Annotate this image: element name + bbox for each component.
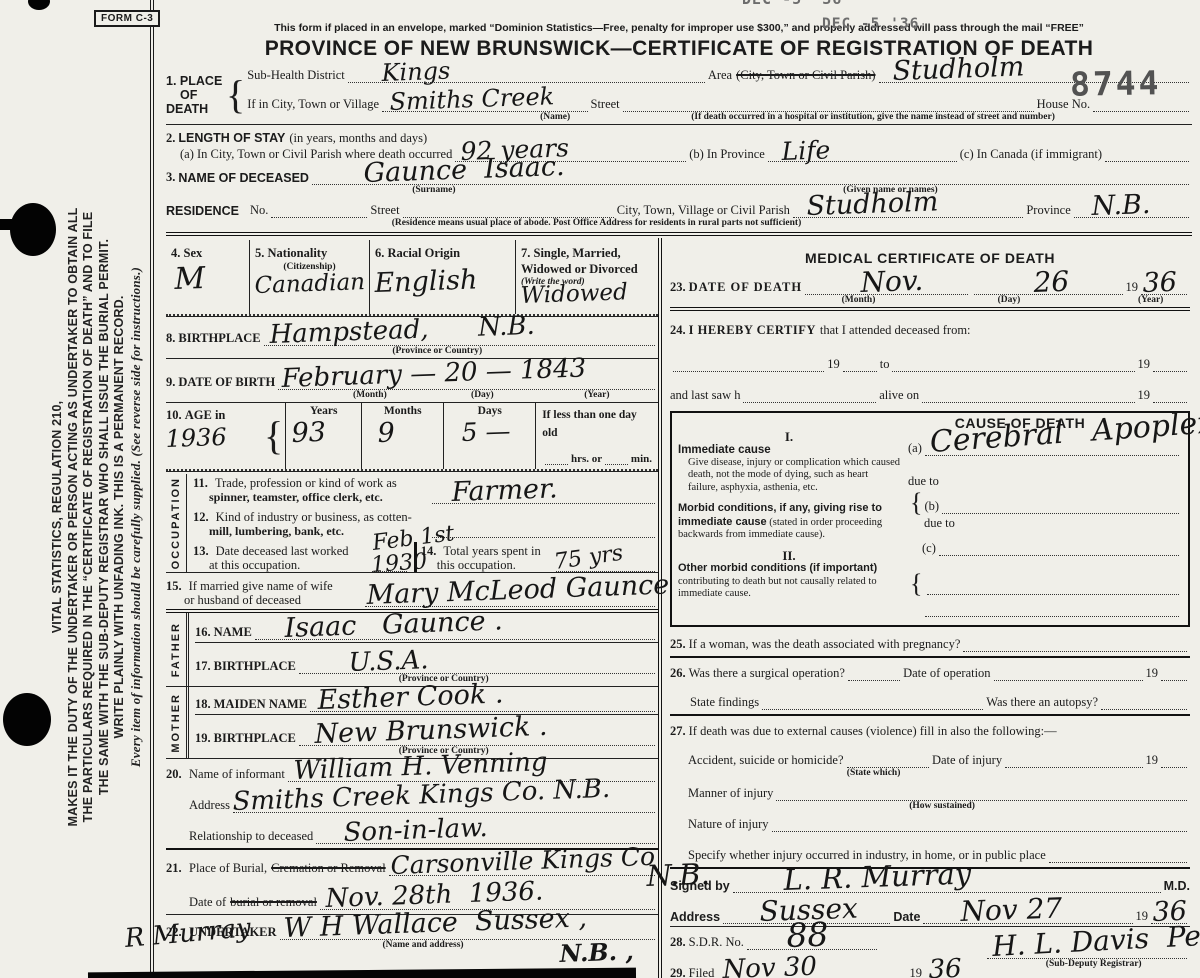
less-than-day-cell: If less than one day old hrs. or min.	[535, 403, 658, 469]
age-in-label: AGE in	[185, 408, 226, 422]
section-13-14-row: 13. Date deceased last worked at this oc…	[193, 542, 658, 572]
date-of-birth-label: DATE OF BIRTH	[178, 375, 275, 390]
roman-i: I.	[678, 431, 900, 444]
alive-on-label: alive on	[879, 388, 919, 403]
filed-year-line: 36	[925, 975, 967, 978]
section-number: 28.	[670, 935, 686, 950]
section-29-filed: 29. Filed Nov 30 19 36	[670, 966, 970, 978]
operation-date-label: Date of operation	[903, 666, 990, 681]
province-country-note: (Province or Country)	[392, 346, 482, 356]
burial-place-province: N.B.	[646, 860, 710, 891]
burial-place-line: Carsonville Kings Co N.B.	[389, 870, 655, 876]
section-3-name-of-deceased: 3. NAME OF DECEASED Gaunce Isaac.	[166, 170, 1192, 185]
other-morbid: contributing to death but not causally r…	[678, 576, 877, 600]
age-years-value: 93	[291, 418, 355, 447]
md-label: M.D.	[1164, 879, 1190, 893]
sex-value: M	[174, 263, 244, 295]
informant-address-label: Address	[189, 798, 230, 813]
place-of-death-label: 1. PLACE OF DEATH	[166, 74, 224, 116]
burial-place-value: Carsonville Kings Co	[390, 844, 655, 878]
due-to-label-2: due to	[908, 516, 1182, 531]
section-number: 12.	[193, 510, 209, 524]
age-years-cell: Years 93	[285, 403, 361, 469]
section-15-spouse: 15. If married give name of wife or husb…	[166, 579, 658, 607]
signed-by-line: L. R. Murray	[733, 887, 1161, 893]
hrs-line	[545, 459, 568, 465]
external-causes-lead: If death was due to external causes (vio…	[689, 724, 1057, 739]
cause-c-label: (c)	[922, 541, 936, 556]
residence-city-value: Studholm	[806, 188, 939, 220]
sub-health-district-value: Kings	[381, 59, 451, 85]
residence-street-label: Street	[370, 203, 399, 218]
residence-note: (Residence means usual place of abode. P…	[392, 218, 802, 228]
city-town-village-value: Smiths Creek	[389, 84, 554, 114]
manner-label: Manner of injury	[688, 786, 773, 801]
father-name-value: Isaac Gaunce .	[284, 607, 503, 642]
left-column: 4. Sex M 5. Nationality (Citizenship) Ca…	[166, 238, 658, 978]
physician-address-label: Address	[670, 910, 720, 924]
occupation-block: OCCUPATION 11. Trade, profession or kind…	[166, 474, 658, 573]
section-20-informant: 20. Name of informant William H. Venning…	[166, 767, 658, 850]
heavy-separator	[670, 656, 1190, 658]
nationality-value: Canadian	[254, 271, 364, 298]
last-saw-label: and last saw h	[670, 388, 740, 403]
section-26-operation: 26. Was there a surgical operation? Date…	[670, 666, 1190, 716]
year-note: (Year)	[1138, 295, 1163, 305]
year-19: 19	[827, 357, 840, 372]
name-address-note: (Name and address)	[382, 940, 463, 950]
signature-date-line: Nov 27	[923, 918, 1132, 924]
mother-block: MOTHER 18. MAIDEN NAME Esther Cook . 1	[166, 687, 658, 759]
min-label: min.	[631, 453, 652, 465]
roman-ii: II.	[678, 550, 900, 563]
days-header: Days	[450, 405, 529, 417]
how-sustained-note: (How sustained)	[909, 801, 975, 811]
attended-from-line	[673, 366, 824, 372]
cause-of-death-box: CAUSE OF DEATH I. Immediate cause Give d…	[670, 411, 1190, 627]
specify-line	[1049, 857, 1187, 863]
cause-c-line	[939, 550, 1179, 556]
birthplace-label: BIRTHPLACE	[178, 331, 260, 346]
trade-line: Farmer.	[432, 498, 655, 504]
year-19: 19	[1138, 388, 1151, 403]
signature-date-value: Nov 27	[960, 894, 1063, 926]
day-note: (Day)	[998, 295, 1021, 305]
residence-province-value: N.B.	[1091, 191, 1151, 220]
ink-blob-lower	[3, 693, 51, 746]
informant-address-line: Smiths Creek Kings Co. N.B.	[233, 807, 655, 813]
filed-value: Nov 30	[722, 953, 817, 978]
other-morbid-line-1	[927, 589, 1179, 595]
death-certificate-scan: FORM C-3 VITAL STATISTICS, REGULATION 21…	[0, 0, 1200, 978]
brace-glyph: {	[910, 574, 922, 595]
margin-line-6: Every item of information should be care…	[128, 82, 144, 952]
sex-label: Sex	[184, 246, 203, 260]
total-years-label-1: Total years spent in	[443, 544, 540, 558]
section-number: 21.	[166, 861, 186, 876]
stay-canada-line	[1105, 156, 1189, 162]
last-worked-value-2: 1930	[370, 551, 427, 577]
father-band-label: FATHER	[166, 613, 189, 686]
section-number: 7.	[521, 246, 530, 260]
date-of-death-label: DATE OF DEATH	[689, 280, 802, 295]
burial-place-label: Place of Burial,	[189, 861, 267, 876]
racial-origin-label: Racial Origin	[388, 246, 461, 260]
racial-origin-cell: 6. Racial Origin English	[370, 240, 516, 314]
separator	[166, 124, 1192, 125]
year-19: 19	[1138, 357, 1151, 372]
father-name-line: Isaac Gaunce .	[255, 634, 655, 640]
attended-to-line	[892, 366, 1134, 372]
stay-province-line: Life	[768, 156, 957, 162]
area-paren-label: (City, Town or Civil Parish)	[736, 68, 875, 83]
thick-separator	[166, 232, 1192, 236]
father-name-label: NAME	[214, 625, 252, 640]
section-24-certify: 24. I HEREBY CERTIFY that I attended dec…	[670, 321, 1190, 339]
section-number: 6.	[375, 246, 384, 260]
name-note: (Name)	[540, 112, 570, 122]
section-number: 13.	[193, 544, 209, 558]
spouse-line: Mary McLeod Gaunce	[365, 601, 655, 607]
section-28-sdr: 28. S.D.R. No. 88	[670, 935, 970, 950]
last-worked-label-1: Date deceased last worked	[216, 544, 349, 558]
sdr-no-value: 88	[786, 917, 829, 951]
section-number: 2.	[166, 131, 175, 146]
section-number: 1.	[166, 74, 176, 88]
date-stamp: DEC -5 '36	[822, 16, 919, 32]
length-of-stay-paren: (in years, months and days)	[289, 131, 427, 146]
industry-label-1: Kind of industry or business, as cotten-	[216, 510, 412, 524]
spouse-label-1: If married give name of wife	[189, 579, 333, 593]
stay-province-label: (b) In Province	[689, 147, 765, 162]
age-months-value: 9	[377, 418, 437, 447]
ink-blob-upper	[10, 203, 56, 256]
immediate-cause-label: Immediate cause	[678, 444, 900, 456]
section-number: 18.	[195, 697, 211, 712]
residence-row: RESIDENCE No. Street City, Town, Village…	[166, 203, 1192, 218]
margin-line-4: THE SAME WITH THE SUB-DEPUTY REGISTRAR W…	[97, 82, 113, 952]
certify-label-2: that I attended deceased from:	[820, 323, 971, 338]
brace-glyph: {	[226, 79, 245, 111]
section-number: 5.	[255, 246, 264, 260]
year-19: 19	[1146, 666, 1159, 681]
father-block: FATHER 16. NAME Isaac Gaunce . 17.	[166, 613, 658, 687]
section-17-father-birthplace: 17. BIRTHPLACE U.S.A.	[195, 659, 658, 674]
pregnancy-line	[963, 646, 1187, 652]
age-months-cell: Months 9	[361, 403, 443, 469]
injury-date-label: Date of injury	[932, 753, 1002, 768]
mother-vertical-text: MOTHER	[170, 693, 182, 753]
undertaker-province: N.B. ,	[559, 939, 634, 966]
thick-separator	[670, 307, 1190, 311]
sdr-no-line: 88	[747, 944, 877, 950]
margin-line-1: VITAL STATISTICS, REGULATION 210,	[50, 82, 66, 952]
trade-label-1: Trade, profession or kind of work as	[215, 476, 397, 490]
spouse-label-2: or husband of deceased	[166, 593, 301, 607]
less-than-day-label: If less than one day old	[542, 409, 637, 439]
section-number: 29.	[670, 966, 686, 978]
street-label: Street	[591, 97, 620, 112]
cause-entries: (a) Cerebral Apoplexy due to { (b)	[900, 431, 1182, 617]
marital-label-1: Single, Married,	[534, 246, 621, 260]
marital-value: Widowed	[520, 280, 653, 308]
months-header: Months	[368, 405, 437, 417]
state-findings-label: State findings	[690, 695, 759, 710]
year-19: 19	[1146, 753, 1159, 768]
other-morbid-line-2	[925, 611, 1179, 617]
section-1-place-of-death: 1. PLACE OF DEATH { Sub-Health District …	[166, 65, 1192, 124]
surname-note: (Surname)	[412, 185, 455, 195]
operation-year-line	[1161, 675, 1187, 681]
section-number: 24.	[670, 323, 686, 338]
date-of-birth-value: February — 20 — 1843	[281, 355, 586, 392]
marital-status-cell: 7. Single, Married, Widowed or Divorced …	[516, 240, 658, 314]
brace-glyph: {	[264, 420, 283, 452]
burial-date-strike: burial or removal	[230, 895, 317, 910]
name-of-deceased-value: Gaunce Isaac.	[363, 153, 565, 187]
accident-label: Accident, suicide or homicide?	[688, 753, 844, 768]
area-label: Area	[708, 68, 732, 83]
operation-date-line	[994, 675, 1143, 681]
section-27-external-causes: 27. If death was due to external causes …	[670, 724, 1190, 869]
cause-instructions: I. Immediate cause Give disease, injury …	[678, 431, 900, 617]
filed-year-value: 36	[928, 955, 962, 978]
section-number: 3.	[166, 170, 175, 185]
age-days-cell: Days 5 —	[443, 403, 535, 469]
form-title: PROVINCE OF NEW BRUNSWICK—CERTIFICATE OF…	[166, 37, 1192, 61]
envelope-note: This form if placed in an envelope, mark…	[166, 22, 1192, 34]
death-year-value: 36	[1142, 269, 1177, 297]
margin-line-2: MAKES IT THE DUTY OF THE UNDERTAKER OR P…	[66, 82, 82, 952]
section-number: 23.	[670, 280, 686, 295]
year-note: (Year)	[584, 390, 609, 400]
section-number: 25.	[670, 637, 686, 652]
year-19-prefix: 19	[1126, 280, 1139, 295]
death-day-value: 26	[1033, 268, 1070, 297]
section-2-length-of-stay: 2. LENGTH OF STAY (in years, months and …	[166, 129, 1192, 147]
section-number: 26.	[670, 666, 686, 681]
last-worked-line: Feb 1st 1930	[372, 566, 407, 572]
filed-label: Filed	[689, 966, 715, 978]
age-days-value: 5 —	[461, 418, 529, 445]
month-note: (Month)	[842, 295, 876, 305]
medical-certificate-title: MEDICAL CERTIFICATE OF DEATH	[670, 250, 1190, 266]
sub-deputy-registrar-note: (Sub-Deputy Registrar)	[1046, 959, 1142, 969]
mother-band-label: MOTHER	[166, 687, 189, 758]
section-23-date-of-death: 23. DATE OF DEATH Nov. 26 19 36	[670, 280, 1190, 295]
name-of-deceased-label: NAME OF DECEASED	[178, 171, 309, 185]
section-16-father-name: 16. NAME Isaac Gaunce .	[195, 625, 658, 640]
section-9-date-of-birth: 9. DATE OF BIRTH February — 20 — 1843	[166, 375, 658, 390]
sex-cell: 4. Sex M	[166, 240, 250, 314]
residence-no-label: No.	[250, 203, 268, 218]
section-number: 19.	[195, 731, 211, 746]
state-findings-line	[762, 704, 983, 710]
maiden-name-line: Esther Cook .	[310, 706, 655, 712]
spouse-value: Mary McLeod Gaunce	[366, 571, 670, 609]
length-of-stay-label: LENGTH OF STAY	[178, 131, 285, 145]
section-number: 20.	[166, 767, 186, 782]
min-line	[605, 459, 628, 465]
trade-value: Farmer.	[451, 475, 558, 506]
date-stamp-top: DEC -5 '36	[742, 0, 842, 8]
section-number: 17.	[195, 659, 211, 674]
trade-label-2: spinner, teamster, office clerk, etc.	[193, 490, 383, 504]
section-19-mother-birthplace: 19. BIRTHPLACE New Brunswick .	[195, 731, 658, 746]
relationship-label: Relationship to deceased	[189, 829, 313, 844]
pregnancy-label: If a woman, was the death associated wit…	[689, 637, 961, 652]
father-birthplace-label: BIRTHPLACE	[214, 659, 296, 674]
residence-province-label: Province	[1026, 203, 1070, 218]
mother-birthplace-value: New Brunswick .	[314, 713, 548, 748]
racial-origin-value: English	[374, 265, 510, 297]
residence-city-label: City, Town, Village or Civil Parish	[617, 203, 790, 218]
father-birthplace-value: U.S.A.	[348, 647, 429, 676]
alive-year-line	[1153, 397, 1187, 403]
to-label: to	[880, 357, 890, 372]
section-number: 27.	[670, 724, 686, 739]
filing-block: 28. S.D.R. No. 88 29. Filed Nov 30	[670, 927, 1190, 978]
age-year-value: 1936	[165, 424, 262, 451]
margin-line-3: THE PARTICULARS REQUIRED IN THE “CERTIFI…	[81, 82, 97, 952]
section-18-maiden-name: 18. MAIDEN NAME Esther Cook .	[195, 697, 658, 712]
nature-line	[772, 826, 1187, 832]
stay-province-value: Life	[781, 137, 830, 164]
demographics-row: 4. Sex M 5. Nationality (Citizenship) Ca…	[166, 240, 658, 316]
immediate-cause-body: Give disease, injury or complication whi…	[688, 457, 900, 495]
section-8-birthplace: 8. BIRTHPLACE Hampstead, N.B.	[166, 331, 658, 346]
label-of: OF	[166, 88, 197, 102]
birthplace-value: Hampstead, N.B.	[269, 313, 535, 348]
nationality-cell: 5. Nationality (Citizenship) Canadian	[250, 240, 370, 314]
cause-b-line	[942, 508, 1179, 514]
occupation-band-label: OCCUPATION	[166, 474, 187, 572]
burial-place-strike: Cremation or Removal	[271, 861, 386, 876]
nationality-label: Nationality	[268, 246, 328, 260]
section-25-pregnancy: 25. If a woman, was the death associated…	[670, 637, 1190, 652]
hospital-note: (If death occurred in a hospital or inst…	[691, 112, 1055, 122]
cause-b-label: (b)	[924, 499, 939, 514]
nature-label: Nature of injury	[688, 817, 769, 832]
sdr-no-label: S.D.R. No.	[689, 935, 744, 950]
section-number: 11.	[193, 476, 208, 490]
separator	[166, 471, 658, 472]
maiden-name-label: MAIDEN NAME	[214, 697, 307, 712]
section-number: 9.	[166, 375, 175, 390]
registration-number-stamp: 8744	[1070, 63, 1162, 104]
maiden-name-value: Esther Cook .	[317, 681, 504, 714]
residence-label: RESIDENCE	[166, 204, 250, 218]
sub-health-district-line: Kings	[348, 77, 705, 83]
other-morbid-bold: Other morbid conditions (if important)	[678, 562, 877, 574]
separator	[195, 642, 658, 643]
years-header: Years	[292, 405, 355, 417]
autopsy-label: Was there an autopsy?	[986, 695, 1098, 710]
ink-blob-top	[28, 0, 50, 10]
informant-label: Name of informant	[189, 767, 285, 782]
form-body: This form if placed in an envelope, mark…	[150, 0, 1196, 974]
right-column: MEDICAL CERTIFICATE OF DEATH 23. DATE OF…	[658, 238, 1192, 978]
marital-label-2: Widowed or Divorced	[521, 262, 653, 277]
physician-signature-block: Signed by L. R. Murray M.D. Address Suss…	[670, 879, 1190, 927]
alive-on-line	[922, 397, 1134, 403]
operation-label: Was there a surgical operation?	[689, 666, 845, 681]
section-number: 15.	[166, 579, 182, 593]
certify-label: I HEREBY CERTIFY	[689, 323, 816, 338]
year-19: 19	[910, 966, 923, 978]
operation-line	[848, 675, 900, 681]
last-worked-label-2: at this occupation.	[193, 558, 300, 572]
filed-line: Nov 30	[717, 975, 906, 978]
father-vertical-text: FATHER	[170, 622, 182, 677]
state-which-note: (State which)	[847, 768, 901, 778]
form-number: FORM C-3	[94, 10, 160, 27]
margin-instructions: VITAL STATISTICS, REGULATION 210, MAKES …	[50, 82, 143, 952]
month-note: (Month)	[353, 390, 387, 400]
signature-date-label: Date	[893, 910, 920, 924]
due-to-label-1: due to	[908, 474, 1182, 489]
industry-label-2: mill, lumbering, bank, etc.	[193, 524, 344, 538]
hrs-label: hrs. or	[571, 453, 602, 465]
section-number: 8.	[166, 331, 175, 346]
brace-glyph: {	[910, 493, 922, 514]
attended-to-year-line	[1153, 366, 1187, 372]
death-month-value: Nov.	[860, 267, 924, 297]
section-number: 4.	[171, 246, 180, 260]
section-number: 16.	[195, 625, 211, 640]
burial-date-label: Date of	[189, 895, 226, 910]
total-years-label-2: this occupation.	[421, 558, 516, 572]
label-death: DEATH	[166, 102, 208, 116]
margin-line-5: WRITE PLAINLY WITH UNFADING INK. THIS IS…	[112, 82, 128, 952]
cause-a-line: Cerebral Apoplexy	[925, 450, 1179, 456]
stay-canada-label: (c) In Canada (if immigrant)	[960, 147, 1102, 162]
area-value: Studholm	[892, 53, 1025, 85]
city-town-village-label: If in City, Town or Village	[247, 97, 379, 112]
last-saw-line	[743, 397, 876, 403]
attended-from-year-line	[843, 366, 877, 372]
industry-line	[432, 532, 655, 538]
section-number: 10.	[166, 408, 182, 422]
section-11-trade: 11. Trade, profession or kind of work as…	[193, 476, 658, 504]
sub-health-district-label: Sub-Health District	[247, 68, 345, 83]
label-place: PLACE	[180, 74, 222, 88]
mother-birthplace-label: BIRTHPLACE	[214, 731, 296, 746]
occupation-vertical-text: OCCUPATION	[170, 477, 182, 569]
autopsy-line	[1101, 704, 1187, 710]
cause-a-label: (a)	[908, 441, 922, 456]
section-10-age: 10. AGE in 1936 { Years 93 Months 9 Days	[166, 403, 658, 471]
total-years-value: 75 yrs	[553, 543, 625, 574]
relationship-value: Son-in-law.	[343, 815, 488, 846]
day-note: (Day)	[471, 390, 494, 400]
signed-by-value: L. R. Murray	[783, 859, 972, 895]
